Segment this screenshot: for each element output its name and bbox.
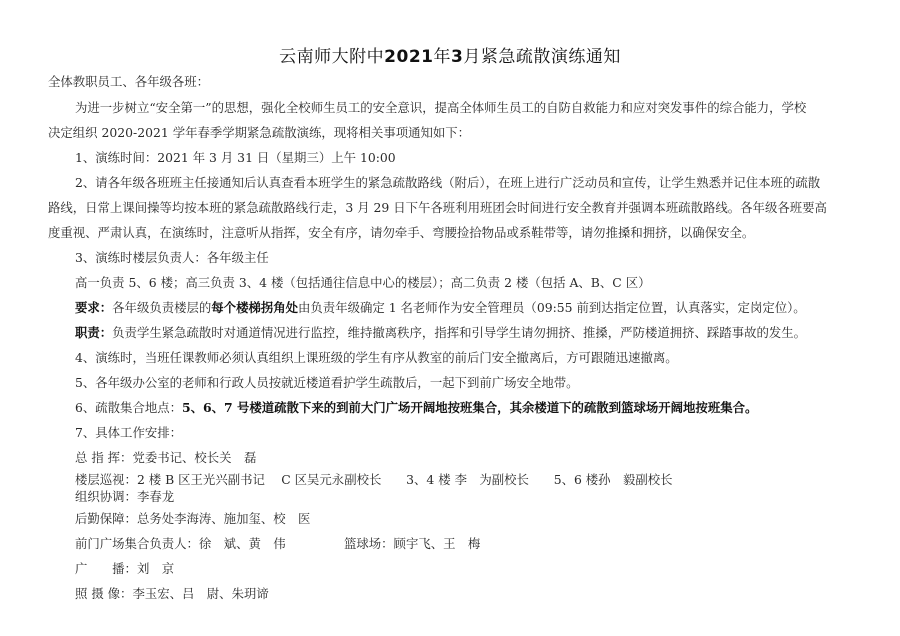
item-6-text-bold: 5、6、7 号楼道疏散下来的到前大门广场开阔地按班集合，其余楼道下的疏散到篮球场…: [182, 400, 757, 415]
item-3-floor-leads: 3、演练时楼层负责人：各年级主任: [75, 250, 269, 266]
requirement-text-bold: 每个楼梯拐角处: [211, 300, 298, 315]
salutation: 全体教职员工、各年级各班：: [48, 74, 209, 90]
intro-line-2: 决定组织 2020-2021 学年春季学期紧急疏散演练，现将相关事项通知如下：: [48, 125, 470, 141]
document-title: 云南师大附中2021年3月紧急疏散演练通知: [0, 42, 900, 67]
notice-document: 云南师大附中2021年3月紧急疏散演练通知 全体教职员工、各年级各班： 为进一步…: [0, 0, 900, 636]
arrangement-front-gate: 前门广场集合负责人：徐 斌、黄 伟: [75, 536, 286, 552]
intro-line-1: 为进一步树立“安全第一”的思想，强化全校师生员工的安全意识，提高全体师生员工的自…: [75, 100, 806, 116]
item-2-line-3: 度重视、严肃认真，在演练时，注意听从指挥，安全有序，请勿牵手、弯腰捡拾物品或系鞋…: [48, 225, 754, 241]
floor-assignments: 高一负责 5、6 楼；高三负责 3、4 楼（包括通往信息中心的楼层）；高二负责 …: [75, 275, 651, 291]
item-4: 4、演练时，当班任课教师必须认真组织上课班级的学生有序从教室的前后门安全撤离后，…: [75, 350, 678, 366]
title-year: 2021: [384, 47, 433, 67]
item-7: 7、具体工作安排：: [75, 425, 182, 441]
title-prefix: 云南师大附中: [279, 47, 384, 67]
title-suffix: 月紧急疏散演练通知: [463, 47, 621, 67]
arrangement-commander: 总 指 挥：党委书记、校长关 磊: [75, 450, 256, 466]
duty-label: 职责：: [75, 325, 112, 340]
item-6-assembly-points: 6、疏散集合地点：5、6、7 号楼道疏散下来的到前大门广场开阔地按班集合，其余楼…: [75, 400, 757, 416]
item-1-drill-time: 1、演练时间：2021 年 3 月 31 日（星期三）上午 10:00: [75, 150, 396, 166]
requirement-label: 要求：: [75, 300, 112, 315]
item-6-label: 6、疏散集合地点：: [75, 400, 182, 415]
item-2-line-2: 路线，日常上课间操等均按本班的紧急疏散路线行走，3 月 29 日下午各班利用班团…: [48, 200, 827, 216]
arrangement-patrol: 楼层巡视：2 楼 B 区王光兴副书记 C 区吴元永副校长 3、4 楼 李 为副校…: [75, 472, 673, 488]
arrangement-coordination: 组织协调：李春龙: [75, 489, 174, 505]
arrangement-photography: 照 摄 像：李玉宏、吕 尉、朱玥谛: [75, 586, 269, 602]
requirement-text-a: 各年级负责楼层的: [112, 300, 211, 315]
title-month: 3: [451, 47, 463, 67]
arrangement-broadcast: 广 播：刘 京: [75, 561, 174, 577]
item-2-line-1: 2、请各年级各班班主任接通知后认真查看本班学生的紧急疏散路线（附后），在班上进行…: [75, 175, 820, 191]
arrangement-logistics: 后勤保障：总务处李海涛、施加玺、校 医: [75, 511, 310, 527]
duty-line: 职责：负责学生紧急疏散时对通道情况进行监控，维持撤离秩序，指挥和引导学生请勿拥挤…: [75, 325, 806, 341]
requirement-line: 要求：各年级负责楼层的每个楼梯拐角处由负责年级确定 1 名老师作为安全管理员（0…: [75, 300, 806, 316]
requirement-text-b: 由负责年级确定 1 名老师作为安全管理员（09:55 前到达指定位置，认真落实，…: [298, 300, 806, 315]
arrangement-basketball: 篮球场：顾宇飞、王 梅: [344, 536, 480, 552]
item-5: 5、各年级办公室的老师和行政人员按就近楼道看护学生疏散后，一起下到前广场安全地带…: [75, 375, 579, 391]
title-mid: 年: [433, 47, 451, 67]
duty-text: 负责学生紧急疏散时对通道情况进行监控，维持撤离秩序，指挥和引导学生请勿拥挤、推搡…: [112, 325, 806, 340]
